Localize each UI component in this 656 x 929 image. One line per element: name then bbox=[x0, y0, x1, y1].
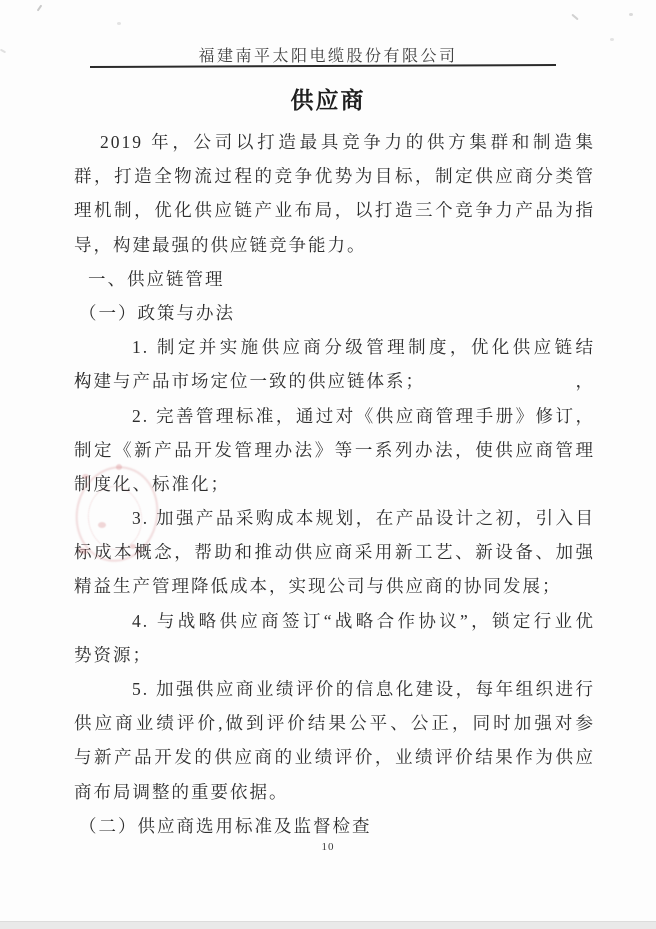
scan-speck bbox=[629, 13, 633, 16]
text-line: 商布局调整的重要依据。 bbox=[74, 775, 595, 809]
text-line: 2. 完善管理标准，通过对《供应商管理手册》修订， bbox=[74, 399, 595, 433]
text-line: （二）供应商选用标准及监督检查 bbox=[74, 809, 595, 843]
scan-speck bbox=[610, 38, 614, 41]
company-name-header: 福建南平太阳电缆股份有限公司 bbox=[0, 43, 656, 66]
scan-speck bbox=[117, 22, 121, 25]
text-line: 2019 年，公司以打造最具竞争力的供方集群和制造集 bbox=[74, 125, 595, 159]
text-line: 制度化、标准化； bbox=[74, 467, 595, 501]
text-line: 5. 加强供应商业绩评价的信息化建设，每年组织进行 bbox=[74, 672, 595, 706]
text-line: 势资源； bbox=[74, 638, 595, 672]
text-line: 3. 加强产品采购成本规划，在产品设计之初，引入目 bbox=[74, 501, 595, 535]
scanned-document-page: 福建南平太阳电缆股份有限公司 供应商 2019 年，公司以打造最具竞争力的供方集… bbox=[0, 0, 656, 929]
text-line: 与新产品开发的供应商的业绩评价，业绩评价结果作为供应 bbox=[74, 740, 595, 774]
scan-edge-shadow bbox=[0, 921, 656, 929]
text-line: 标成本概念，帮助和推动供应商采用新工艺、新设备、加强 bbox=[74, 535, 595, 569]
text-line: 制定《新产品开发管理办法》等一系列办法，使供应商管理 bbox=[74, 433, 595, 467]
text-line: 1. 制定并实施供应商分级管理制度，优化供应链结构， bbox=[74, 330, 595, 364]
text-line: 精益生产管理降低成本，实现公司与供应商的协同发展； bbox=[74, 569, 595, 603]
text-line: 群，打造全物流过程的竞争优势为目标，制定供应商分类管 bbox=[74, 159, 595, 193]
document-body: 2019 年，公司以打造最具竞争力的供方集群和制造集群，打造全物流过程的竞争优势… bbox=[74, 125, 595, 843]
text-line: 4. 与战略供应商签订“战略合作协议”，锁定行业优 bbox=[74, 604, 595, 638]
text-line: 理机制，优化供应链产业布局，以打造三个竞争力产品为指 bbox=[74, 193, 595, 227]
text-line: 一、供应链管理 bbox=[74, 262, 595, 296]
text-line: 供应商业绩评价,做到评价结果公平、公正，同时加强对参 bbox=[74, 706, 595, 740]
text-line: （一）政策与办法 bbox=[74, 296, 595, 330]
scan-speck bbox=[571, 14, 578, 21]
scan-speck bbox=[37, 5, 43, 12]
text-line: 导，构建最强的供应链竞争能力。 bbox=[74, 228, 595, 262]
page-number: 10 bbox=[0, 841, 656, 853]
document-title: 供应商 bbox=[0, 82, 656, 115]
